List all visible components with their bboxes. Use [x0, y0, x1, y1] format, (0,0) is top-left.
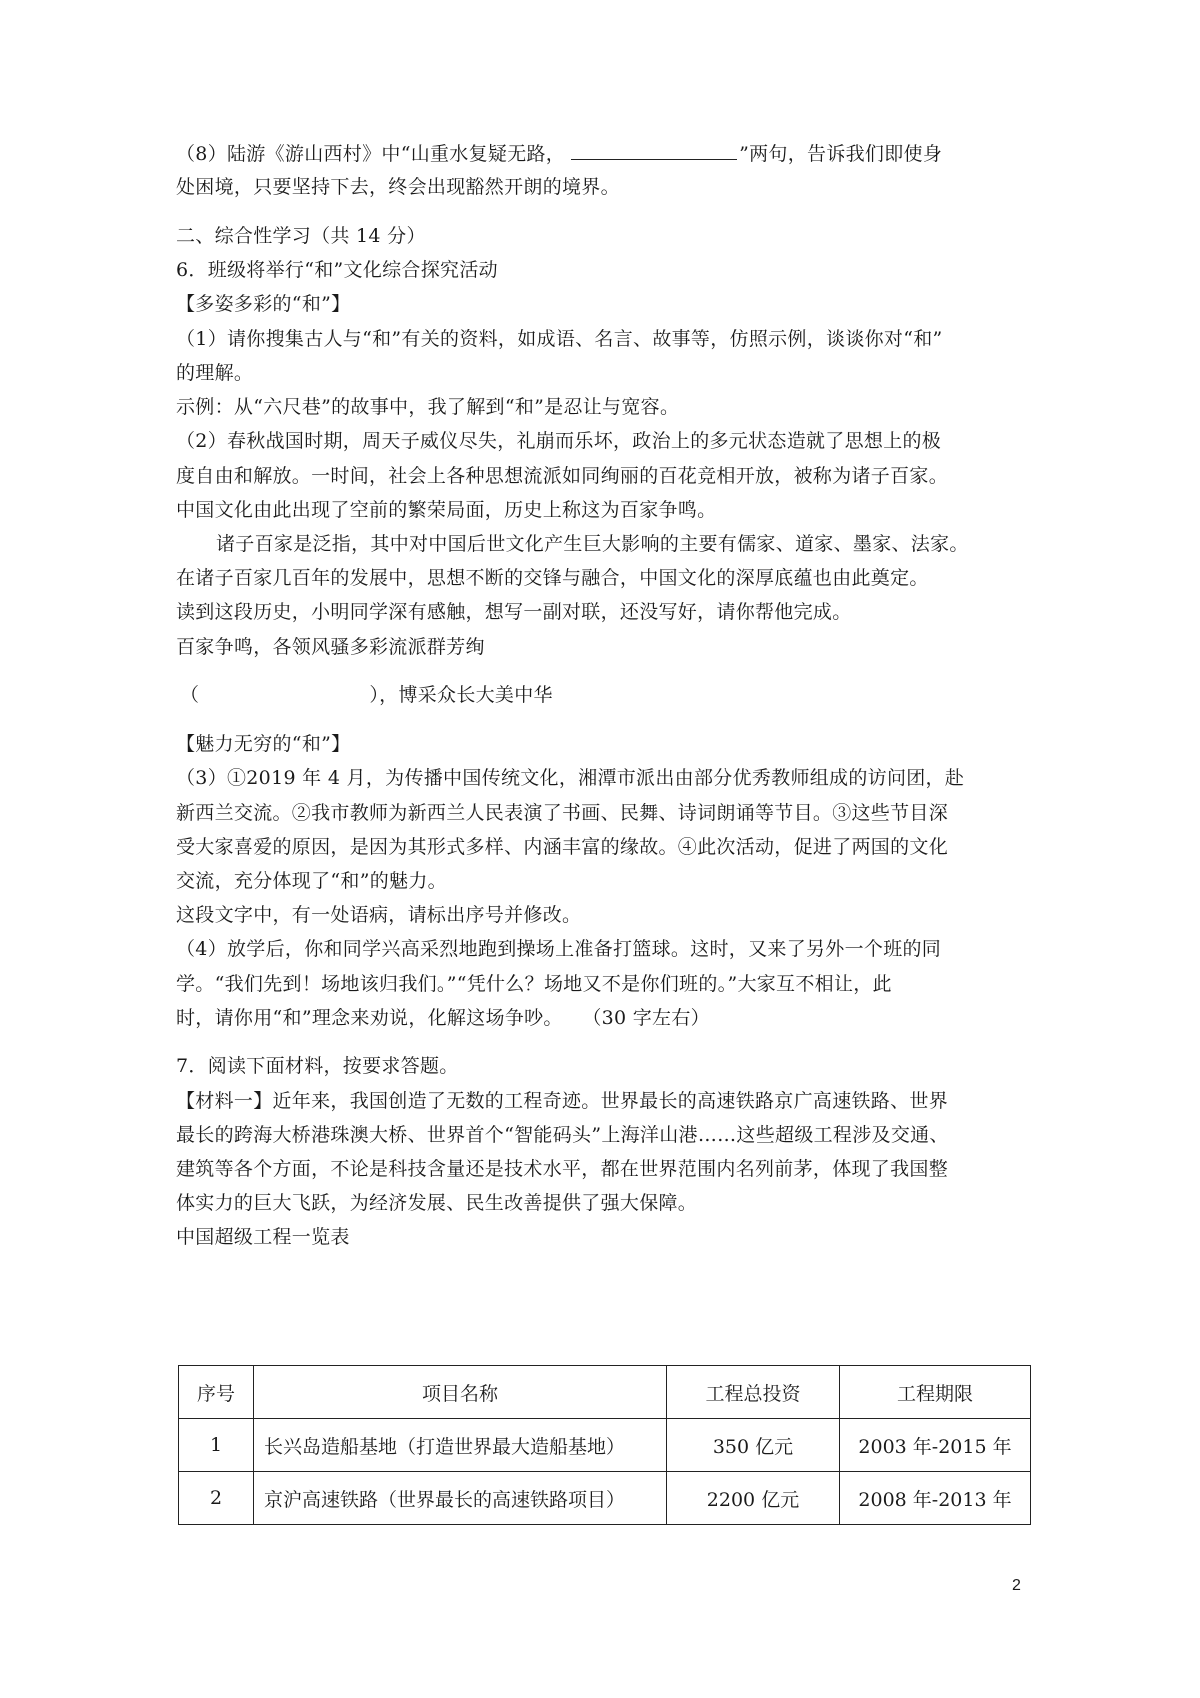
q6-p3-line-5: 这段文字中，有一处语病，请标出序号并修改。 — [176, 903, 581, 927]
q6-p2-line-6: 读到这段历史，小明同学深有感触，想写一副对联，还没写好，请你帮他完成。 — [176, 600, 852, 624]
cell-investment: 2200 亿元 — [667, 1472, 840, 1525]
q6-example: 示例：从“六尺巷”的故事中，我了解到“和”是忍让与宽容。 — [176, 395, 679, 419]
q7-material-1-line-4: 体实力的巨大飞跃，为经济发展、民生改善提供了强大保障。 — [176, 1191, 697, 1215]
q7-title: 7．阅读下面材料，按要求答题。 — [176, 1054, 459, 1078]
header-duration: 工程期限 — [840, 1366, 1031, 1419]
section-2-heading: 二、综合性学习（共 14 分） — [176, 224, 426, 248]
q6-p4-line-1: （4）放学后，你和同学兴高采烈地跑到操场上准备打篮球。这时，又来了另外一个班的同 — [176, 937, 941, 961]
q8-answer-blank[interactable] — [571, 141, 737, 160]
cell-project-name: 长兴岛造船基地（打造世界最大造船基地） — [254, 1419, 667, 1472]
q8-text-before: （8）陆游《游山西村》中“山重水复疑无路， — [176, 143, 565, 165]
q6-p3-line-2: 新西兰交流。②我市教师为新西兰人民表演了书画、民舞、诗词朗诵等节目。③这些节目深 — [176, 801, 948, 825]
document-page: （8）陆游《游山西村》中“山重水复疑无路，”两句，告诉我们即使身 处困境，只要坚… — [0, 0, 1200, 1698]
q6-p2-line-4: 诸子百家是泛指，其中对中国后世文化产生巨大影响的主要有儒家、道家、墨家、法家。 — [216, 532, 969, 556]
couplet-upper: 百家争鸣，各领风骚多彩流派群芳绚 — [176, 635, 485, 659]
q6-part-a-title: 【多姿多彩的“和”】 — [176, 292, 350, 316]
header-index: 序号 — [179, 1366, 254, 1419]
cell-project-name: 京沪高速铁路（世界最长的高速铁路项目） — [254, 1472, 667, 1525]
q6-p4-line-3: 时，请你用“和”理念来劝说，化解这场争吵。 （30 字左右） — [176, 1006, 710, 1030]
couplet-lower-text: ），博采众长大美中华 — [369, 684, 553, 706]
table-caption: 中国超级工程一览表 — [176, 1225, 350, 1249]
table-row: 1 长兴岛造船基地（打造世界最大造船基地） 350 亿元 2003 年-2015… — [179, 1419, 1031, 1472]
q6-p1-line-1: （1）请你搜集古人与“和”有关的资料，如成语、名言、故事等，仿照示例，谈谈你对“… — [176, 327, 943, 351]
table-row: 2 京沪高速铁路（世界最长的高速铁路项目） 2200 亿元 2008 年-201… — [179, 1472, 1031, 1525]
q6-p3-line-3: 受大家喜爱的原因，是因为其形式多样、内涵丰富的缘故。④此次活动，促进了两国的文化 — [176, 835, 948, 859]
page-number: 2 — [1012, 1577, 1021, 1595]
q6-p2-line-2: 度自由和解放。一时间，社会上各种思想流派如同绚丽的百花竞相开放，被称为诸子百家。 — [176, 464, 948, 488]
couplet-open-paren: （ — [180, 684, 199, 706]
q6-part-b-title: 【魅力无穷的“和”】 — [176, 732, 350, 756]
cell-investment: 350 亿元 — [667, 1419, 840, 1472]
q6-p3-line-4: 交流，充分体现了“和”的魅力。 — [176, 869, 447, 893]
q8-line-1: （8）陆游《游山西村》中“山重水复疑无路，”两句，告诉我们即使身 — [176, 141, 942, 166]
header-total-investment: 工程总投资 — [667, 1366, 840, 1419]
couplet-lower: （），博采众长大美中华 — [180, 683, 553, 707]
header-project-name: 项目名称 — [254, 1366, 667, 1419]
super-projects-table: 序号 项目名称 工程总投资 工程期限 1 长兴岛造船基地（打造世界最大造船基地）… — [178, 1365, 1031, 1525]
q7-material-1-line-3: 建筑等各个方面，不论是科技含量还是技术水平，都在世界范围内名列前茅，体现了我国整 — [176, 1157, 948, 1181]
q6-p2-line-5: 在诸子百家几百年的发展中，思想不断的交锋与融合，中国文化的深厚底蕴也由此奠定。 — [176, 566, 929, 590]
q7-material-1-line-2: 最长的跨海大桥港珠澳大桥、世界首个“智能码头”上海洋山港……这些超级工程涉及交通… — [176, 1123, 949, 1147]
q6-p2-line-3: 中国文化由此出现了空前的繁荣局面，历史上称这为百家争鸣。 — [176, 498, 716, 522]
q7-material-1-line-1: 【材料一】近年来，我国创造了无数的工程奇迹。世界最长的高速铁路京广高速铁路、世界 — [176, 1089, 948, 1113]
q6-title: 6．班级将举行“和”文化综合探究活动 — [176, 258, 498, 282]
q6-p2-line-1: （2）春秋战国时期，周天子威仪尽失，礼崩而乐坏，政治上的多元状态造就了思想上的极 — [176, 429, 941, 453]
q6-p4-line-2: 学。“我们先到！场地该归我们。”“凭什么？场地又不是你们班的。”大家互不相让，此 — [176, 972, 892, 996]
q6-p3-line-1: （3）①2019 年 4 月，为传播中国传统文化，湘潭市派出由部分优秀教师组成的… — [176, 766, 964, 790]
cell-index: 2 — [179, 1472, 254, 1525]
q8-line-2: 处困境，只要坚持下去，终会出现豁然开朗的境界。 — [176, 175, 620, 199]
q8-text-after: ”两句，告诉我们即使身 — [739, 143, 942, 165]
q6-p1-line-2: 的理解。 — [176, 361, 253, 385]
cell-duration: 2003 年-2015 年 — [840, 1419, 1031, 1472]
cell-duration: 2008 年-2013 年 — [840, 1472, 1031, 1525]
table-header-row: 序号 项目名称 工程总投资 工程期限 — [179, 1366, 1031, 1419]
cell-index: 1 — [179, 1419, 254, 1472]
